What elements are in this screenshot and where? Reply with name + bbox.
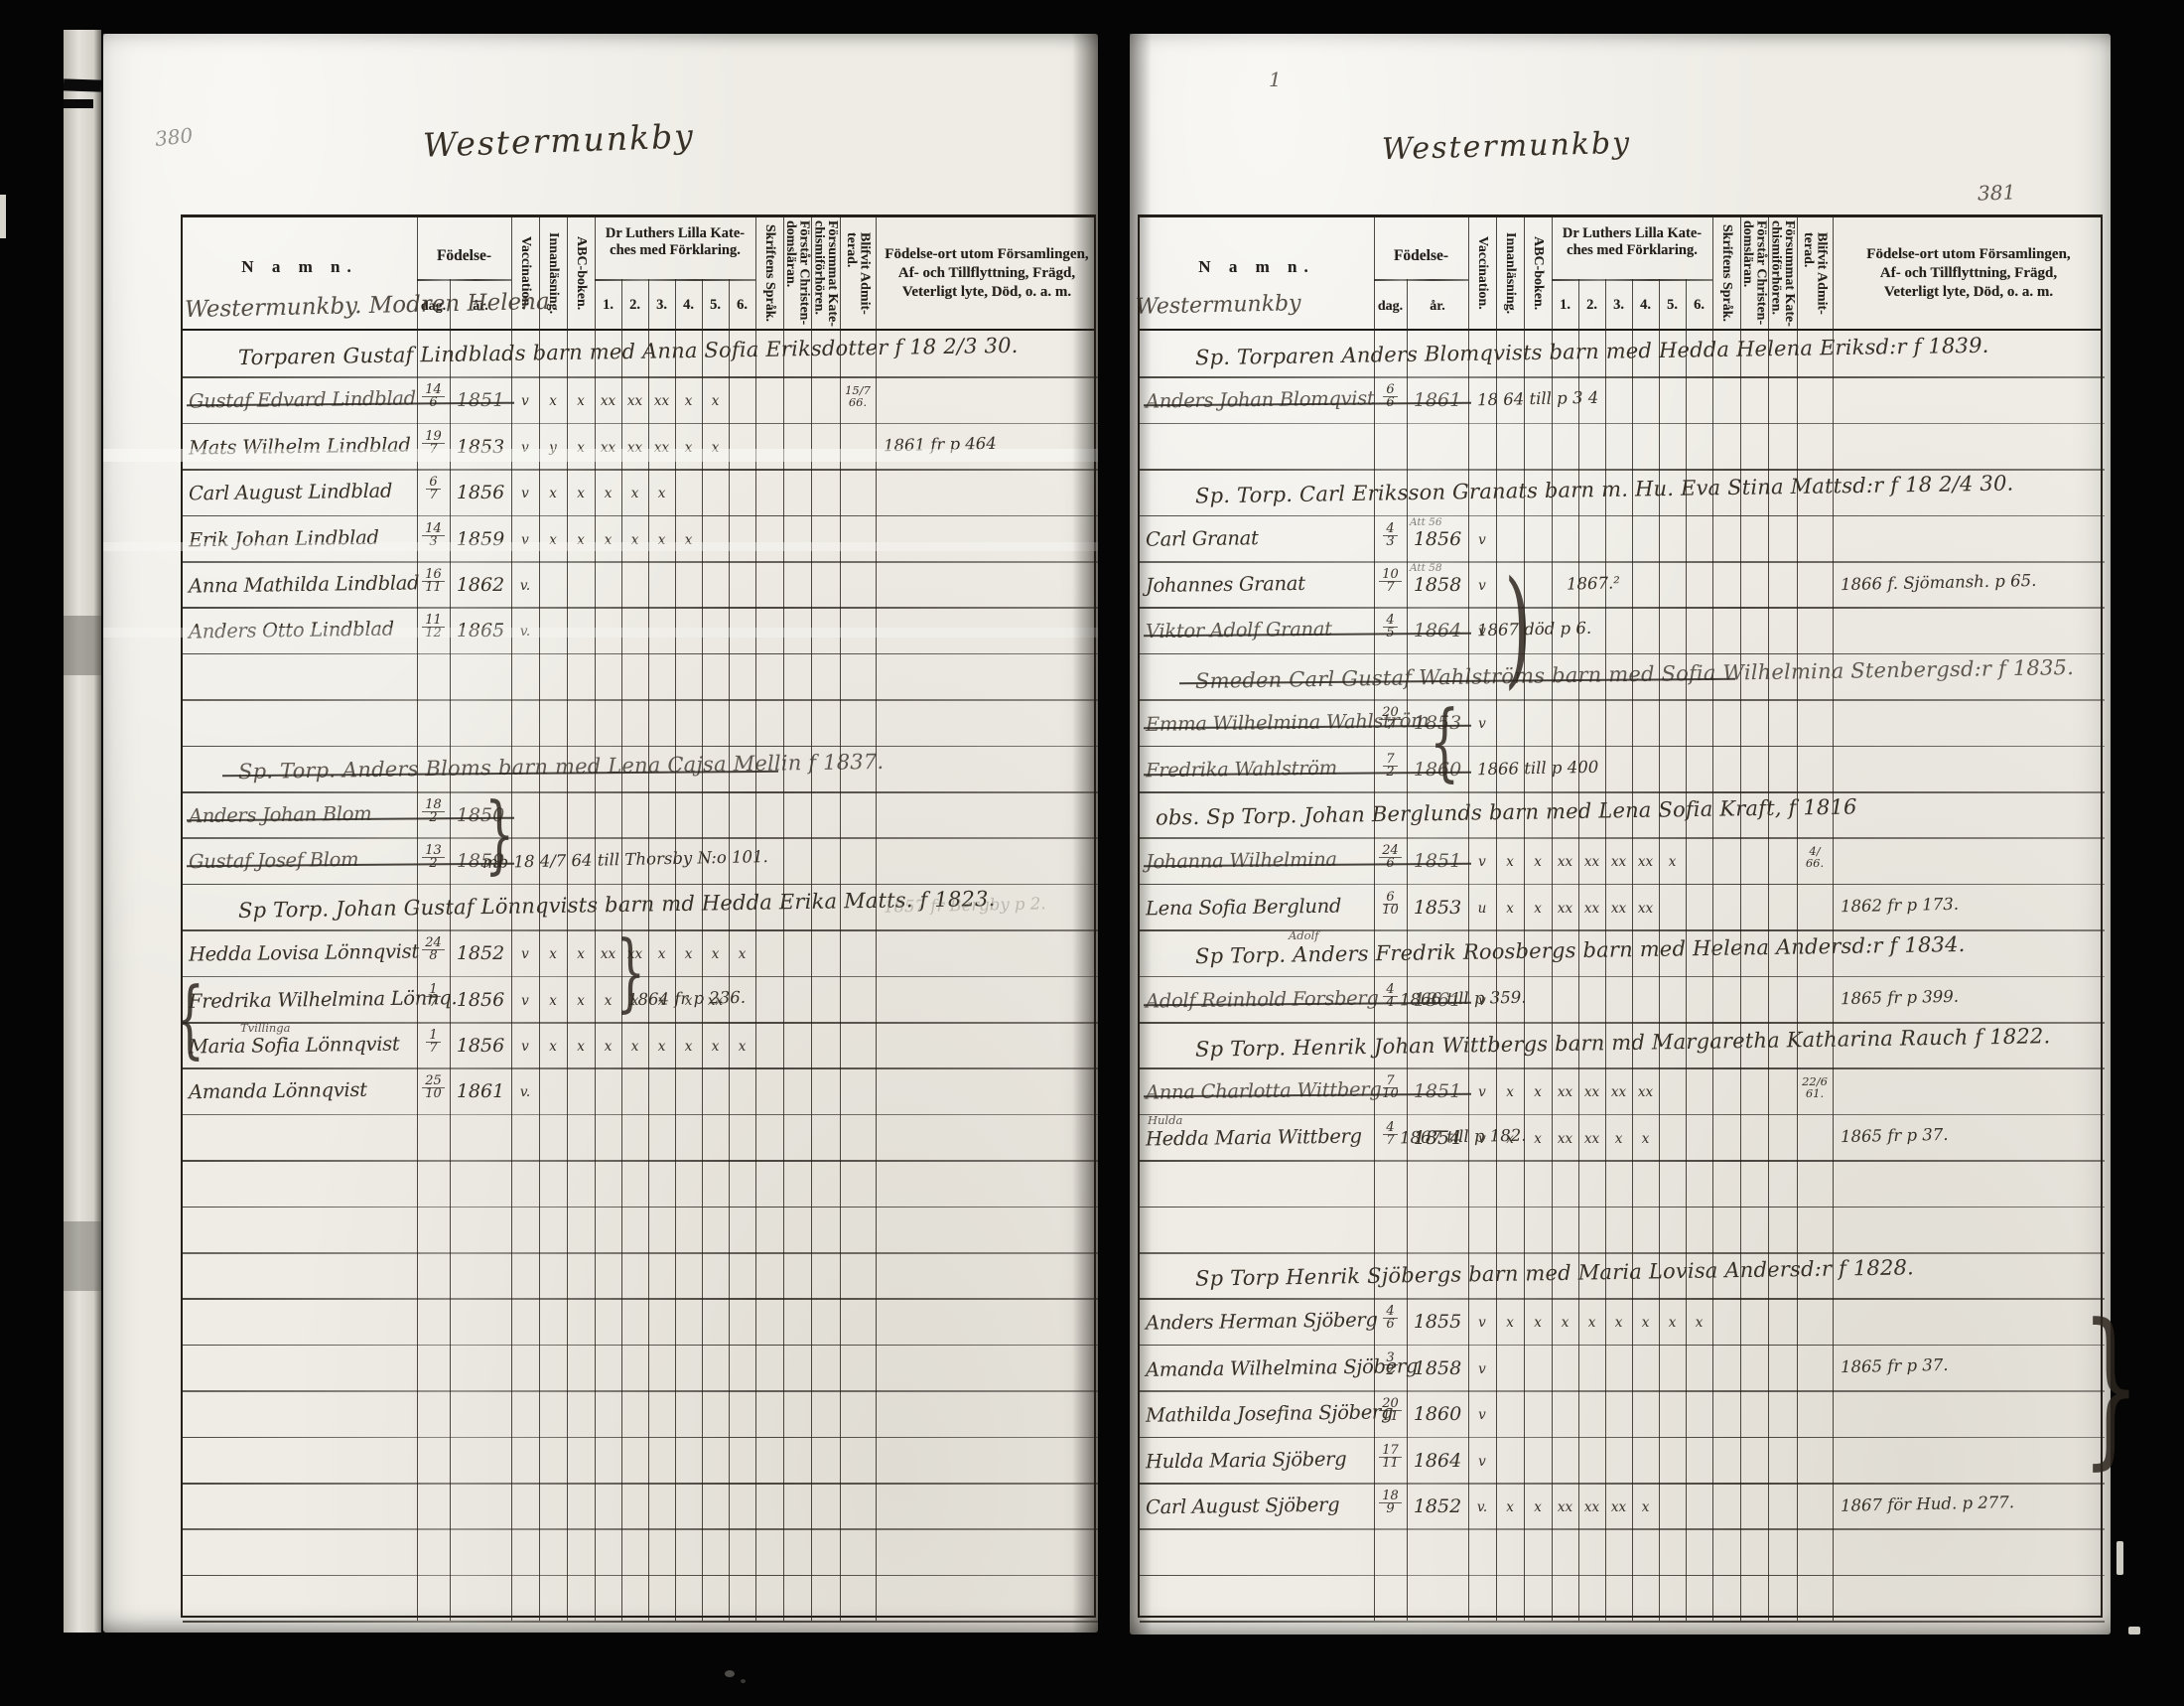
row-rule (1140, 1528, 2105, 1530)
column-header-forsummat: Försummat Kate- chismiförhören. (1768, 217, 1797, 329)
table-header: N a m n.Födelse-dag.år.Vaccination.Innan… (1140, 217, 2101, 331)
person-name-entry: Amanda Lönnqvist (189, 1078, 367, 1104)
person-name-entry: Hedda Lovisa Lönnqvist (189, 940, 419, 966)
row-rule (183, 423, 1098, 425)
row-rule (183, 1207, 1098, 1208)
exam-mark: x (1524, 1499, 1552, 1515)
row-rule (1140, 653, 2105, 655)
stray-ink-mark: 1 (1269, 68, 1282, 91)
exam-mark: xx (1552, 1084, 1578, 1100)
exam-mark: x (567, 993, 595, 1009)
row-rule (1140, 837, 2105, 839)
birth-month: 7 (429, 444, 437, 456)
family-header-entry: Sp Torp. Henrik Johan Wittbergs barn md … (1195, 1024, 2051, 1062)
birth-month: 10 (425, 1088, 442, 1100)
kateches-col-1: 1. (595, 297, 621, 314)
column-header-fodelse: Födelse- (1374, 247, 1468, 265)
column-header-forstar: Förstår Christen- domsläran. (783, 217, 811, 329)
birth-year-entry: 1861 (450, 1080, 511, 1102)
birth-month: 11 (425, 582, 442, 594)
birth-year-entry: 1851 (450, 389, 511, 411)
kateches-col-5: 5. (1659, 297, 1686, 314)
column-header-namn: N a m n. (183, 257, 417, 277)
row-rule (183, 1345, 1098, 1347)
birth-day-entry: 146 (417, 384, 450, 409)
row-rule (183, 515, 1098, 517)
kateches-col-6: 6. (1686, 297, 1712, 314)
exam-mark: x (1659, 1315, 1686, 1331)
column-header-kateches: Dr Luthers Lilla Kate- ches med Förklari… (595, 225, 755, 259)
exam-mark: xx (648, 440, 675, 456)
exam-mark: xx (1605, 854, 1632, 870)
exam-mark: xx (1578, 1131, 1605, 1147)
kateches-col-5: 5. (702, 297, 729, 314)
exam-mark: x (1632, 1131, 1659, 1147)
header-rule (783, 217, 784, 331)
birth-day-entry: 2510 (417, 1075, 450, 1100)
header-divider (1374, 279, 1468, 281)
exam-mark: x (539, 1039, 567, 1055)
person-name-entry: Hulda Maria Sjöberg (1146, 1447, 1347, 1473)
birth-day-entry: 1711 (1374, 1445, 1407, 1470)
exam-mark: x (1524, 1084, 1552, 1100)
header-rule (595, 217, 596, 331)
header-rule (1605, 279, 1606, 331)
family-header-entry: Sp Torp Henrik Sjöbergs barn med Maria L… (1195, 1255, 1914, 1290)
column-header-ar: år. (1407, 299, 1468, 315)
row-rule (183, 561, 1098, 563)
row-rule (1140, 1114, 2105, 1116)
exam-mark: x (567, 393, 595, 409)
exam-mark: x (567, 532, 595, 548)
page-heading-script: Westermunkby (1382, 126, 1632, 168)
row-rule (183, 607, 1098, 609)
exam-mark: xx (595, 440, 621, 456)
birth-day-entry: 197 (417, 431, 450, 456)
header-rule (1552, 217, 1553, 331)
exam-mark: x (648, 946, 675, 962)
film-edge-smudge (64, 1221, 101, 1291)
admitted-note: 22/6 61. (1797, 1075, 1833, 1099)
ledger-scan: 380 Westermunkby N a m n.Födelse-dag.år.… (0, 0, 2184, 1706)
birth-year-annotation: Att 56 (1410, 516, 1442, 528)
row-rule (1140, 1437, 2105, 1439)
birth-day-entry: 132 (417, 845, 450, 870)
birth-year-entry: 1856 (450, 989, 511, 1011)
film-edge-mark (64, 99, 93, 108)
row-rule (1140, 976, 2105, 978)
header-rule (648, 279, 649, 331)
birth-year-entry: 1864 (1407, 1450, 1468, 1472)
birth-day-entry: 143 (417, 523, 450, 548)
exam-mark: v (511, 440, 539, 456)
exam-mark: x (729, 946, 755, 962)
header-rule (1686, 279, 1687, 331)
birth-month: 10 (1382, 905, 1399, 917)
person-name-entry: Gustaf Josef Blom (189, 848, 359, 873)
section-heading-script: Westermunkby. Modren Helena (185, 289, 550, 323)
person-name-entry: Erik Johan Lindblad (189, 525, 379, 551)
row-rule (183, 653, 1098, 655)
page-380: 380 Westermunkby N a m n.Födelse-dag.år.… (103, 34, 1098, 1633)
register-table: N a m n.Födelse-dag.år.Vaccination.Innan… (1138, 214, 2103, 1618)
family-header-entry: Sp. Torp. Anders Bloms barn med Lena Caj… (238, 749, 885, 782)
kateches-col-3: 3. (1605, 297, 1632, 314)
row-rule (1140, 884, 2105, 886)
birth-day-entry: 107 (1374, 569, 1407, 594)
brace-mark: } (2081, 1292, 2140, 1485)
exam-mark: v (1468, 1084, 1496, 1100)
header-rule (1768, 217, 1769, 331)
exam-mark: x (621, 486, 648, 501)
row-rule (183, 1252, 1098, 1254)
row-rule (183, 1390, 1098, 1392)
exam-mark: x (567, 946, 595, 962)
row-rule (183, 791, 1098, 793)
person-name-entry: Gustaf Edvard Lindblad (189, 387, 416, 413)
header-rule (1833, 217, 1834, 331)
exam-mark: x (567, 486, 595, 501)
exam-mark: xx (1632, 1084, 1659, 1100)
migration-note: 1867 till p 182. (1400, 1125, 1527, 1147)
exam-mark: x (595, 1039, 621, 1055)
birth-month: 2 (1386, 1365, 1394, 1377)
page-381: 381 1 Westermunkby N a m n.Födelse-dag.å… (1130, 34, 2111, 1635)
exam-mark: v (511, 393, 539, 409)
table-body: Sp. Torparen Anders Blomqvists barn med … (1140, 331, 2101, 1621)
person-name-entry: Carl Granat (1146, 526, 1259, 551)
row-rule (183, 1067, 1098, 1069)
exam-mark: v (1468, 1454, 1496, 1470)
brace-mark: { (1430, 693, 1459, 793)
exam-mark: xx (1605, 901, 1632, 917)
exam-mark: x (1496, 854, 1524, 870)
birth-year-entry: 1856 (450, 482, 511, 503)
exam-mark: v (1468, 1315, 1496, 1331)
exam-mark: x (675, 946, 702, 962)
birth-month: 7 (1386, 582, 1394, 594)
birth-day-entry: 2011 (1374, 1398, 1407, 1423)
person-name-entry: Carl August Sjöberg (1146, 1493, 1340, 1519)
row-rule (1140, 1621, 2105, 1623)
birth-month: 6 (1386, 1319, 1394, 1331)
birth-day-entry: 66 (1374, 384, 1407, 409)
exam-mark: v. (1468, 1499, 1496, 1515)
scan-edge-notch (0, 195, 6, 238)
margin-note: 1857 fr Bergby p 2. (884, 894, 1046, 916)
birth-day-entry: 43 (1374, 523, 1407, 548)
exam-mark: x (539, 393, 567, 409)
kateches-col-1: 1. (1552, 297, 1578, 314)
header-rule (876, 217, 877, 331)
row-rule (1140, 1067, 2105, 1069)
row-rule (1140, 1207, 2105, 1208)
exam-mark: xx (621, 393, 648, 409)
migration-note: 1867 död p 6. (1477, 619, 1591, 640)
birth-day-entry: 17 (417, 984, 450, 1009)
birth-day-entry: 207 (1374, 707, 1407, 732)
person-name-entry: Anders Herman Sjöberg (1146, 1309, 1378, 1335)
birth-day-entry: 32 (1374, 1352, 1407, 1377)
kateches-col-4: 4. (675, 297, 702, 314)
header-rule (729, 279, 730, 331)
exam-mark: x (648, 532, 675, 548)
row-rule (1140, 1575, 2105, 1577)
column-header-innanlasning: Innanläsning. (1496, 217, 1524, 329)
birth-month: 11 (1382, 1458, 1399, 1470)
film-edge-smudge (64, 616, 101, 675)
person-name-entry: Mathilda Josefina Sjöberg (1146, 1400, 1393, 1426)
row-rule (183, 376, 1098, 378)
person-name-entry: Johannes Granat (1146, 572, 1305, 597)
exam-mark: x (1605, 1131, 1632, 1147)
exam-mark: v. (511, 1084, 539, 1100)
column-header-skriftens-sprak: Skriftens Språk. (1712, 217, 1740, 329)
row-rule (183, 1114, 1098, 1116)
row-rule (1140, 561, 2105, 563)
person-name-entry: Viktor Adolf Granat (1146, 618, 1332, 643)
margin-note: 1866 f. Sjömansh. p 65. (1841, 571, 2037, 594)
row-rule (1140, 469, 2105, 471)
exam-mark: xx (1605, 1084, 1632, 1100)
exam-mark: v (511, 946, 539, 962)
exam-mark: x (567, 440, 595, 456)
row-rule (1140, 699, 2105, 701)
exam-mark: x (702, 440, 729, 456)
exam-mark: v (1468, 716, 1496, 732)
page-number: 381 (1978, 180, 2016, 205)
exam-mark: x (1632, 1315, 1659, 1331)
exam-mark: x (675, 1039, 702, 1055)
birth-month: 3 (1386, 536, 1394, 548)
birth-year-entry: 1864 (1407, 620, 1468, 641)
row-rule (1140, 1160, 2105, 1162)
person-name-entry: Lena Sofia Berglund (1146, 894, 1341, 920)
birth-year-entry: 1853 (450, 436, 511, 458)
column-header-forsummat: Försummat Kate- chismiförhören. (811, 217, 840, 329)
family-header-entry: Sp. Torparen Anders Blomqvists barn med … (1195, 334, 1989, 370)
column-header-fodelseort: Födelse-ort utom Församlingen, Af- och T… (1833, 245, 2105, 302)
exam-mark: v (511, 532, 539, 548)
birth-year-annotation: Att 58 (1410, 562, 1442, 574)
exam-mark: x (1496, 1084, 1524, 1100)
birth-year-entry: 1860 (1407, 1403, 1468, 1425)
exam-mark: xx (1578, 901, 1605, 917)
exam-mark: x (675, 440, 702, 456)
exam-mark: x (1524, 854, 1552, 870)
header-rule (567, 217, 568, 331)
column-header-namn: N a m n. (1140, 257, 1374, 277)
person-name-entry: Carl August Lindblad (189, 480, 392, 505)
header-rule (840, 217, 841, 331)
row-rule (1140, 1298, 2105, 1300)
exam-mark: x (1659, 854, 1686, 870)
exam-mark: x (1686, 1315, 1712, 1331)
row-rule (1140, 1483, 2105, 1485)
exam-mark: x (648, 1039, 675, 1055)
row-rule (1140, 1345, 2105, 1347)
row-rule (183, 699, 1098, 701)
birth-year-entry: 1862 (450, 574, 511, 596)
column-header-abc-boken: ABC-boken. (1524, 217, 1552, 329)
exam-mark: xx (1578, 1499, 1605, 1515)
margin-note: 1861 fr p 464 (884, 434, 997, 455)
exam-mark: v. (511, 624, 539, 640)
family-header-entry: Torparen Gustaf Lindblads barn med Anna … (238, 334, 1019, 369)
row-rule (1140, 1252, 2105, 1254)
person-name-entry: Johanna Wilhelmina (1146, 848, 1337, 874)
header-rule (1797, 217, 1798, 331)
margin-note: 1865 fr p 37. (1841, 1355, 1949, 1376)
margin-note: 1865 fr p 399. (1841, 986, 1959, 1007)
page-heading-script: Westermunkby (422, 116, 695, 165)
exam-mark: x (539, 946, 567, 962)
exam-mark: xx (1605, 1499, 1632, 1515)
exam-mark: v (1468, 1407, 1496, 1423)
kateches-col-2: 2. (1578, 297, 1605, 314)
exam-mark: x (1496, 901, 1524, 917)
exam-mark: xx (1632, 901, 1659, 917)
birth-year-entry: 1853 (1407, 897, 1468, 919)
scan-speck (725, 1670, 735, 1677)
inserted-name-annotation: Adolf (1289, 928, 1319, 942)
header-rule (1659, 279, 1660, 331)
exam-mark: x (1496, 1315, 1524, 1331)
header-rule (1407, 279, 1408, 331)
kateches-col-2: 2. (621, 297, 648, 314)
row-rule (183, 1437, 1098, 1439)
exam-mark: x (539, 993, 567, 1009)
person-name-entry: Mats Wilhelm Lindblad (189, 433, 411, 459)
birth-day-entry: 67 (417, 477, 450, 501)
exam-mark: x (648, 486, 675, 501)
migration-note: mb 18 4/7 64 till Thorsby N:o 101. (482, 847, 768, 872)
exam-mark: v (511, 1039, 539, 1055)
kateches-col-4: 4. (1632, 297, 1659, 314)
header-rule (1374, 217, 1375, 331)
exam-mark: y (539, 440, 567, 456)
brace-mark: } (615, 924, 645, 1024)
birth-month: 7 (429, 1043, 437, 1055)
exam-mark: x (702, 1039, 729, 1055)
column-header-kateches: Dr Luthers Lilla Kate- ches med Förklari… (1552, 225, 1712, 259)
header-rule (621, 279, 622, 331)
header-rule (755, 217, 756, 331)
brace-mark: } (484, 785, 514, 886)
migration-note: 1867.² (1567, 573, 1620, 593)
exam-mark: x (539, 532, 567, 548)
exam-mark: xx (1552, 1131, 1578, 1147)
inserted-name-annotation: Tvillinga (240, 1021, 291, 1035)
row-rule (183, 884, 1098, 886)
birth-month: 12 (425, 628, 442, 640)
family-header-entry: obs. Sp Torp. Johan Berglunds barn med L… (1156, 794, 1857, 829)
exam-mark: x (1632, 1499, 1659, 1515)
exam-mark: v (1468, 578, 1496, 594)
column-header-abc-boken: ABC-boken. (567, 217, 595, 329)
header-rule (811, 217, 812, 331)
migration-note: 1866 till p 359. (1400, 987, 1527, 1009)
birth-day-entry: 182 (417, 799, 450, 824)
table-header: N a m n.Födelse-dag.år.Vaccination.Innan… (183, 217, 1094, 331)
migration-note: 18 64 till p 3 4 (1477, 388, 1599, 410)
row-rule (183, 837, 1098, 839)
birth-day-entry: 45 (1374, 615, 1407, 640)
birth-year-entry: 1861 (1407, 389, 1468, 411)
header-rule (1524, 217, 1525, 331)
person-name-entry: Hedda Maria Wittberg (1146, 1124, 1362, 1150)
admitted-note: 4/ 66. (1797, 845, 1833, 869)
brace-mark: { (175, 970, 205, 1070)
exam-mark: xx (621, 440, 648, 456)
header-rule (702, 279, 703, 331)
exam-mark: x (1605, 1315, 1632, 1331)
birth-day-entry: 710 (1374, 1075, 1407, 1100)
birth-year-entry: 1851 (1407, 850, 1468, 872)
brace-mark: ) (1504, 555, 1531, 701)
birth-year-entry: 1859 (450, 528, 511, 550)
birth-year-entry: 1865 (450, 620, 511, 641)
exam-mark: x (621, 532, 648, 548)
row-rule (183, 746, 1098, 748)
family-header-entry: Sp Torp. Johan Gustaf Lönnqvists barn md… (238, 887, 996, 923)
exam-mark: x (539, 486, 567, 501)
margin-note: 1862 fr p 173. (1841, 895, 1959, 916)
row-rule (183, 1528, 1098, 1530)
exam-mark: x (675, 393, 702, 409)
scan-speck (2116, 1541, 2123, 1575)
exam-mark: x (1524, 1315, 1552, 1331)
exam-mark: v (1468, 854, 1496, 870)
migration-note: 1866 till p 400 (1477, 757, 1599, 779)
register-table: N a m n.Födelse-dag.år.Vaccination.Innan… (181, 214, 1096, 1618)
person-name-entry: Anna Charlotta Wittberg (1146, 1078, 1382, 1104)
header-rule (1740, 217, 1741, 331)
birth-day-entry: 189 (1374, 1491, 1407, 1515)
column-header-vaccination: Vaccination. (1468, 217, 1496, 329)
row-rule (1140, 929, 2105, 931)
birth-day-entry: 246 (1374, 845, 1407, 870)
exam-mark: v (1468, 532, 1496, 548)
birth-year-entry: 1852 (1407, 1495, 1468, 1517)
exam-mark: x (702, 946, 729, 962)
header-rule (1578, 279, 1579, 331)
column-header-fodelseort: Födelse-ort utom Församlingen, Af- och T… (876, 245, 1098, 302)
exam-mark: v. (511, 578, 539, 594)
exam-mark: x (595, 486, 621, 501)
header-rule (1468, 217, 1469, 331)
exam-mark: x (1496, 1499, 1524, 1515)
exam-mark: x (1578, 1315, 1605, 1331)
column-header-fodelse: Födelse- (417, 247, 511, 265)
birth-day-entry: 610 (1374, 892, 1407, 917)
birth-month: 7 (429, 997, 437, 1009)
birth-day-entry: 17 (417, 1030, 450, 1055)
exam-mark: x (1552, 1315, 1578, 1331)
column-header-forstar: Förstår Christen- domsläran. (1740, 217, 1768, 329)
birth-day-entry: 248 (417, 937, 450, 962)
person-name-entry: Anders Otto Lindblad (189, 618, 394, 643)
exam-mark: x (702, 393, 729, 409)
exam-mark: xx (1552, 901, 1578, 917)
birth-year-entry: 1858 (1407, 574, 1468, 596)
exam-mark: xx (1578, 1084, 1605, 1100)
row-rule (183, 1621, 1098, 1623)
exam-mark: xx (1552, 854, 1578, 870)
film-edge-mark (64, 78, 101, 91)
birth-month: 3 (429, 536, 437, 548)
birth-month: 7 (1386, 1135, 1394, 1147)
